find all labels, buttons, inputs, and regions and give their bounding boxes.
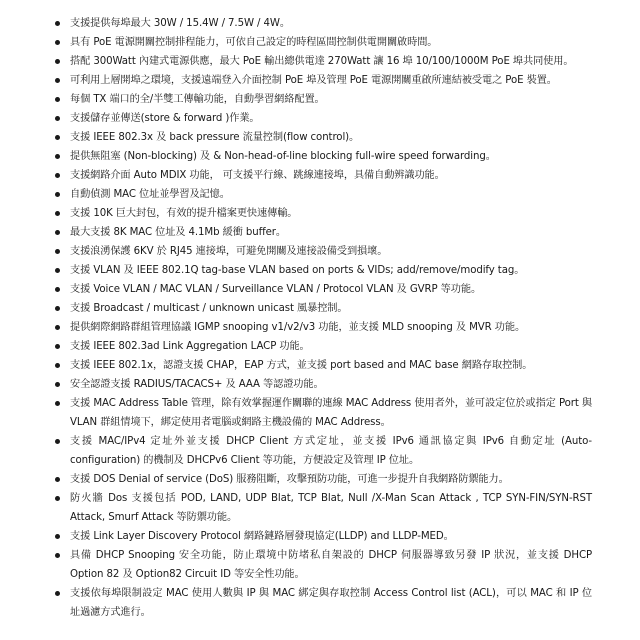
feature-list: 支援提供每埠最大 30W / 15.4W / 7.5W / 4W。 具有 PoE… <box>52 14 592 622</box>
feature-item: 安全認證支援 RADIUS/TACACS+ 及 AAA 等認證功能。 <box>52 375 592 394</box>
feature-item: 支援浪湧保護 6KV 於 RJ45 連接埠，可避免開關及連接設備受到損壞。 <box>52 242 592 261</box>
feature-item: 可利用上層開埠之環境，支援遠端登入介面控制 PoE 埠及管理 PoE 電源開關重… <box>52 71 592 90</box>
bullet-icon <box>55 534 60 539</box>
bullet-icon <box>55 154 60 159</box>
feature-item: 支援 10K 巨大封包，有效的提升檔案更快速傳輸。 <box>52 204 592 223</box>
feature-text: 支援 Link Layer Discovery Protocol 網路鏈路層發現… <box>70 531 454 542</box>
feature-item: 提供無阻塞 (Non-blocking) 及 & Non-head-of-lin… <box>52 147 592 166</box>
feature-item: 具備 DHCP Snooping 安全功能，防止環境中防堵私自架設的 DHCP … <box>52 546 592 584</box>
bullet-icon <box>55 249 60 254</box>
bullet-icon <box>55 59 60 64</box>
bullet-icon <box>55 268 60 273</box>
feature-text: 支援儲存並傳送(store & forward )作業。 <box>70 113 260 124</box>
feature-item: 防火牆 Dos 支援包括 POD, LAND, UDP Blat, TCP Bl… <box>52 489 592 527</box>
feature-text: 支援浪湧保護 6KV 於 RJ45 連接埠，可避免開關及連接設備受到損壞。 <box>70 246 387 257</box>
feature-text: 最大支援 8K MAC 位址及 4.1Mb 緩衝 buffer。 <box>70 227 286 238</box>
bullet-icon <box>55 439 60 444</box>
feature-item: 支援 VLAN 及 IEEE 802.1Q tag-base VLAN base… <box>52 261 592 280</box>
feature-text: 每個 TX 端口的全/半雙工傳輸功能，自動學習網絡配置。 <box>70 94 325 105</box>
feature-text: 具備 DHCP Snooping 安全功能，防止環境中防堵私自架設的 DHCP … <box>70 550 592 580</box>
feature-text: 自動偵測 MAC 位址並學習及記憶。 <box>70 189 230 200</box>
feature-text: 支援依每埠限制設定 MAC 使用人數與 IP 與 MAC 綁定與存取控制 Acc… <box>70 588 592 618</box>
feature-text: 提供網際網路群組管理協議 IGMP snooping v1/v2/v3 功能，並… <box>70 322 525 333</box>
feature-item: 支援提供每埠最大 30W / 15.4W / 7.5W / 4W。 <box>52 14 592 33</box>
bullet-icon <box>55 230 60 235</box>
bullet-icon <box>55 325 60 330</box>
bullet-icon <box>55 97 60 102</box>
feature-text: 提供無阻塞 (Non-blocking) 及 & Non-head-of-lin… <box>70 151 496 162</box>
feature-text: 支援 IEEE 802.3x 及 back pressure 流量控制(flow… <box>70 132 359 143</box>
feature-text: 支援網路介面 Auto MDIX 功能， 可支援平行線、跳線連接埠，具備自動辨識… <box>70 170 445 181</box>
bullet-icon <box>55 78 60 83</box>
bullet-icon <box>55 21 60 26</box>
feature-text: 支援提供每埠最大 30W / 15.4W / 7.5W / 4W。 <box>70 18 290 29</box>
feature-text: 可利用上層開埠之環境，支援遠端登入介面控制 PoE 埠及管理 PoE 電源開關重… <box>70 75 557 86</box>
bullet-icon <box>55 496 60 501</box>
bullet-icon <box>55 287 60 292</box>
bullet-icon <box>55 477 60 482</box>
feature-item: 支援 IEEE 802.3ad Link Aggregation LACP 功能… <box>52 337 592 356</box>
bullet-icon <box>55 306 60 311</box>
bullet-icon <box>55 363 60 368</box>
feature-text: 支援 Voice VLAN / MAC VLAN / Surveillance … <box>70 284 481 295</box>
feature-text: 安全認證支援 RADIUS/TACACS+ 及 AAA 等認證功能。 <box>70 379 324 390</box>
feature-item: 搭配 300Watt 內建式電源供應，最大 PoE 輸出總供電達 270Watt… <box>52 52 592 71</box>
feature-item: 支援 Voice VLAN / MAC VLAN / Surveillance … <box>52 280 592 299</box>
feature-item: 支援 IEEE 802.1x，認證支援 CHAP，EAP 方式，並支援 port… <box>52 356 592 375</box>
feature-item: 支援 MAC Address Table 管理，除有效掌握運作關聯的連線 MAC… <box>52 394 592 432</box>
feature-text: 搭配 300Watt 內建式電源供應，最大 PoE 輸出總供電達 270Watt… <box>70 56 573 67</box>
feature-item: 支援 DOS Denial of service (DoS) 服務阻斷，攻擊預防… <box>52 470 592 489</box>
bullet-icon <box>55 591 60 596</box>
feature-item: 支援 MAC/IPv4 定址外並支援 DHCP Client 方式定址，並支援 … <box>52 432 592 470</box>
bullet-icon <box>55 553 60 558</box>
bullet-icon <box>55 173 60 178</box>
feature-item: 最大支援 8K MAC 位址及 4.1Mb 緩衝 buffer。 <box>52 223 592 242</box>
feature-text: 支援 VLAN 及 IEEE 802.1Q tag-base VLAN base… <box>70 265 524 276</box>
bullet-icon <box>55 40 60 45</box>
feature-item: 每個 TX 端口的全/半雙工傳輸功能，自動學習網絡配置。 <box>52 90 592 109</box>
bullet-icon <box>55 344 60 349</box>
bullet-icon <box>55 211 60 216</box>
bullet-icon <box>55 192 60 197</box>
feature-text: 支援 DOS Denial of service (DoS) 服務阻斷，攻擊預防… <box>70 474 509 485</box>
feature-item: 自動偵測 MAC 位址並學習及記憶。 <box>52 185 592 204</box>
feature-text: 支援 IEEE 802.1x，認證支援 CHAP，EAP 方式，並支援 port… <box>70 360 532 371</box>
feature-item: 支援儲存並傳送(store & forward )作業。 <box>52 109 592 128</box>
feature-item: 具有 PoE 電源開關控制排程能力，可依自己設定的時程區間控制供電開關啟時間。 <box>52 33 592 52</box>
bullet-icon <box>55 401 60 406</box>
feature-text: 支援 10K 巨大封包，有效的提升檔案更快速傳輸。 <box>70 208 297 219</box>
feature-item: 支援 Broadcast / multicast / unknown unica… <box>52 299 592 318</box>
feature-text: 支援 MAC Address Table 管理，除有效掌握運作關聯的連線 MAC… <box>70 398 592 428</box>
feature-text: 支援 IEEE 802.3ad Link Aggregation LACP 功能… <box>70 341 310 352</box>
bullet-icon <box>55 382 60 387</box>
feature-text: 支援 MAC/IPv4 定址外並支援 DHCP Client 方式定址，並支援 … <box>70 436 592 466</box>
feature-item: 支援網路介面 Auto MDIX 功能， 可支援平行線、跳線連接埠，具備自動辨識… <box>52 166 592 185</box>
feature-item: 支援依每埠限制設定 MAC 使用人數與 IP 與 MAC 綁定與存取控制 Acc… <box>52 584 592 622</box>
bullet-icon <box>55 116 60 121</box>
feature-text: 支援 Broadcast / multicast / unknown unica… <box>70 303 347 314</box>
feature-item: 提供網際網路群組管理協議 IGMP snooping v1/v2/v3 功能，並… <box>52 318 592 337</box>
feature-item: 支援 IEEE 802.3x 及 back pressure 流量控制(flow… <box>52 128 592 147</box>
feature-text: 防火牆 Dos 支援包括 POD, LAND, UDP Blat, TCP Bl… <box>70 493 592 523</box>
feature-item: 支援 Link Layer Discovery Protocol 網路鏈路層發現… <box>52 527 592 546</box>
bullet-icon <box>55 135 60 140</box>
feature-text: 具有 PoE 電源開關控制排程能力，可依自己設定的時程區間控制供電開關啟時間。 <box>70 37 437 48</box>
